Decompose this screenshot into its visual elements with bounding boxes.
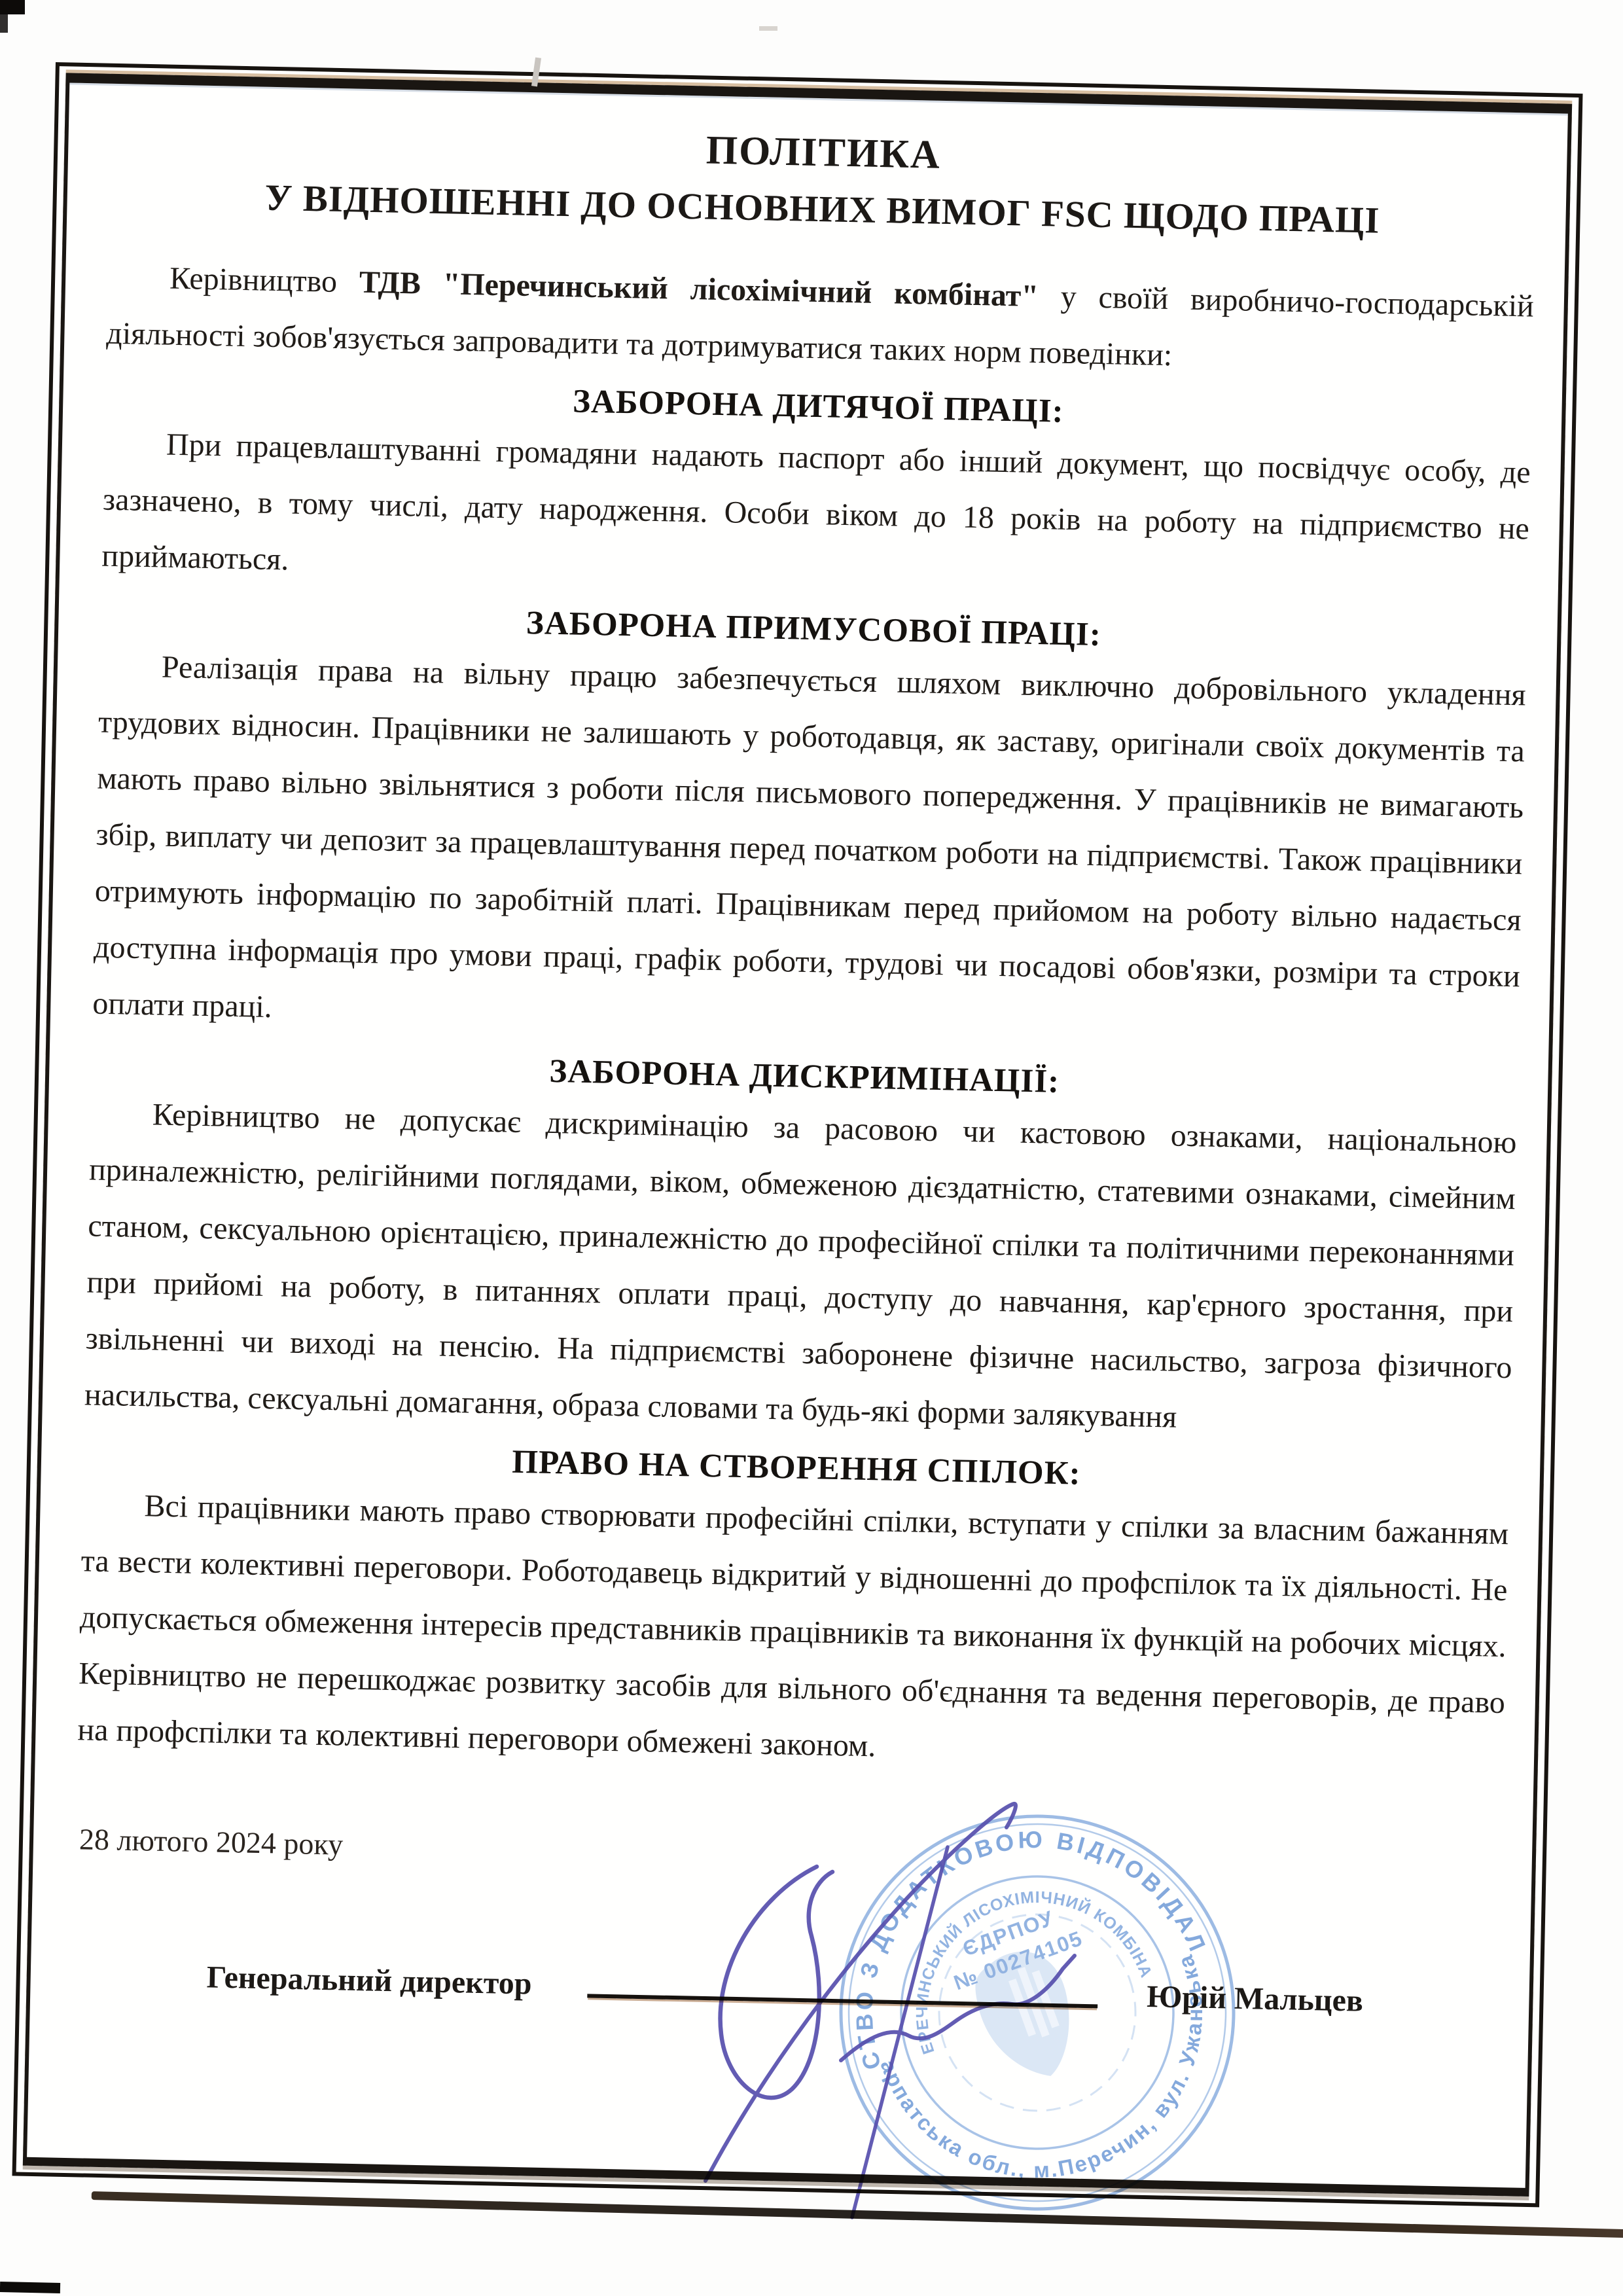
signature-name: Юрій Мальцев — [1147, 1978, 1364, 2020]
signature-row: Генеральний директор Юрій Мальцев — [72, 1956, 1499, 2023]
scan-artifact-top-left-tail — [0, 13, 8, 33]
section-body-forced-labour: Реалізація права на вільну працю забезпе… — [92, 638, 1527, 1062]
intro-prefix: Керівництво — [169, 261, 360, 300]
scan-artifact-bottom-left — [0, 2282, 60, 2293]
scan-artifact-top-left — [0, 0, 25, 14]
document-date: 28 лютого 2024 року — [79, 1821, 1503, 1887]
signature-role: Генеральний директор — [206, 1958, 532, 2003]
scan-smudge — [759, 26, 777, 31]
section-body-child-labour: При працевлаштуванні громадяни надають п… — [101, 416, 1531, 614]
intro-paragraph: Керівництво ТДВ "Перечинський лісохімічн… — [106, 249, 1535, 391]
company-name: ТДВ "Перечинський лісохімічний комбінат" — [359, 265, 1039, 314]
section-body-unions: Всі працівники мають право створювати пр… — [77, 1477, 1509, 1787]
signature-line — [587, 1994, 1097, 2008]
section-body-discrimination: Керівництво не допускає дискримінацію за… — [84, 1085, 1517, 1452]
document-border-frame: ПОЛІТИКА У ВІДНОШЕННІ ДО ОСНОВНИХ ВИМОГ … — [12, 62, 1582, 2207]
document-content: ПОЛІТИКА У ВІДНОШЕННІ ДО ОСНОВНИХ ВИМОГ … — [27, 82, 1568, 2194]
